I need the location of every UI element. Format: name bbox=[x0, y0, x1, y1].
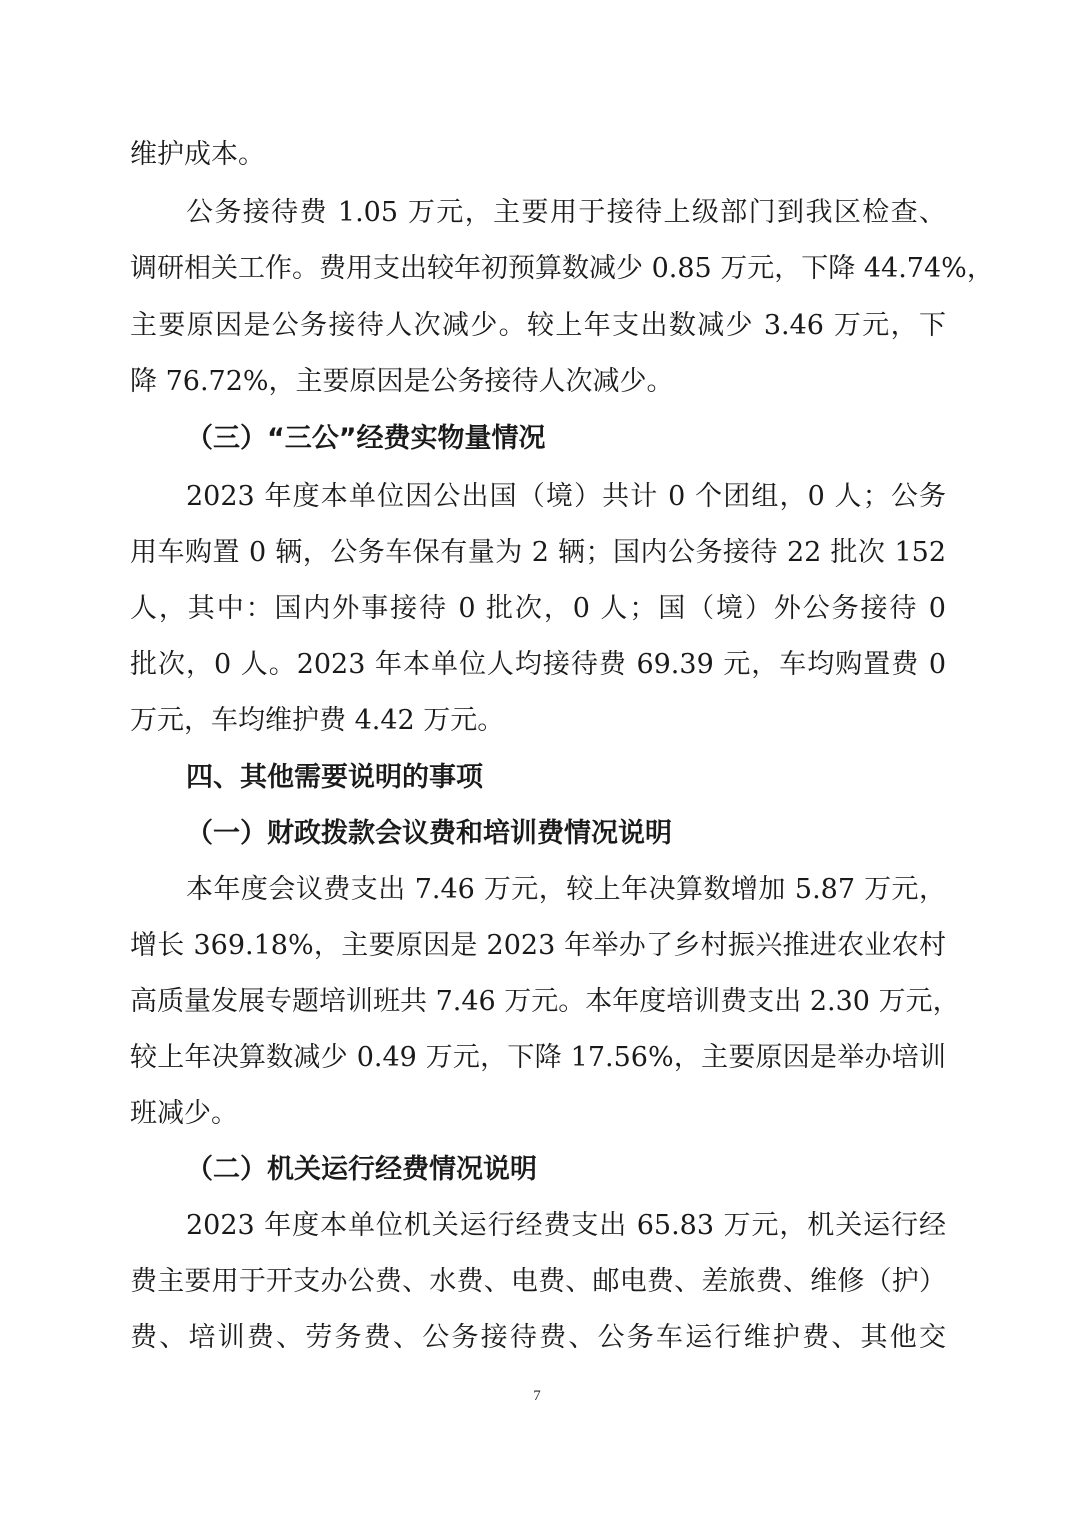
paragraph-line: 费、培训费、劳务费、公务接待费、公务车运行维护费、其他交 bbox=[130, 1318, 946, 1358]
paragraph-line: 批次，0 人。2023 年本单位人均接待费 69.39 元，车均购置费 0 bbox=[130, 645, 946, 685]
paragraph-line: 本年度会议费支出 7.46 万元，较上年决算数增加 5.87 万元， bbox=[186, 870, 946, 910]
document-page: 维护成本。 公务接待费 1.05 万元，主要用于接待上级部门到我区检查、 调研相… bbox=[0, 0, 1074, 1520]
section-heading: 四、其他需要说明的事项 bbox=[186, 758, 483, 798]
paragraph-line: 班减少。 bbox=[130, 1094, 946, 1134]
paragraph-line: 用车购置 0 辆，公务车保有量为 2 辆；国内公务接待 22 批次 152 bbox=[130, 533, 946, 573]
paragraph-line: 2023 年度本单位因公出国（境）共计 0 个团组，0 人；公务 bbox=[186, 477, 946, 517]
paragraph-line: 高质量发展专题培训班共 7.46 万元。本年度培训费支出 2.30 万元， bbox=[130, 982, 946, 1022]
paragraph-line: 人，其中：国内外事接待 0 批次，0 人；国（境）外公务接待 0 bbox=[130, 589, 946, 629]
paragraph-line: 公务接待费 1.05 万元，主要用于接待上级部门到我区检查、 bbox=[186, 193, 946, 233]
paragraph-line: 降 76.72%，主要原因是公务接待人次减少。 bbox=[130, 362, 946, 402]
paragraph-line: 费主要用于开支办公费、水费、电费、邮电费、差旅费、维修（护） bbox=[130, 1262, 946, 1302]
section-subheading: （一）财政拨款会议费和培训费情况说明 bbox=[186, 814, 672, 854]
page-number: 7 bbox=[0, 1388, 1074, 1405]
paragraph-line: 主要原因是公务接待人次减少。较上年支出数减少 3.46 万元，下 bbox=[130, 306, 946, 346]
paragraph-line: 较上年决算数减少 0.49 万元，下降 17.56%，主要原因是举办培训 bbox=[130, 1038, 946, 1078]
paragraph-line: 万元，车均维护费 4.42 万元。 bbox=[130, 701, 946, 741]
paragraph-line: 维护成本。 bbox=[130, 135, 946, 175]
paragraph-line: 2023 年度本单位机关运行经费支出 65.83 万元，机关运行经 bbox=[186, 1206, 946, 1246]
section-subheading: （二）机关运行经费情况说明 bbox=[186, 1150, 537, 1190]
section-subheading: （三）“三公”经费实物量情况 bbox=[186, 419, 546, 459]
paragraph-line: 增长 369.18%，主要原因是 2023 年举办了乡村振兴推进农业农村 bbox=[130, 926, 946, 966]
paragraph-line: 调研相关工作。费用支出较年初预算数减少 0.85 万元，下降 44.74%， bbox=[130, 249, 946, 289]
